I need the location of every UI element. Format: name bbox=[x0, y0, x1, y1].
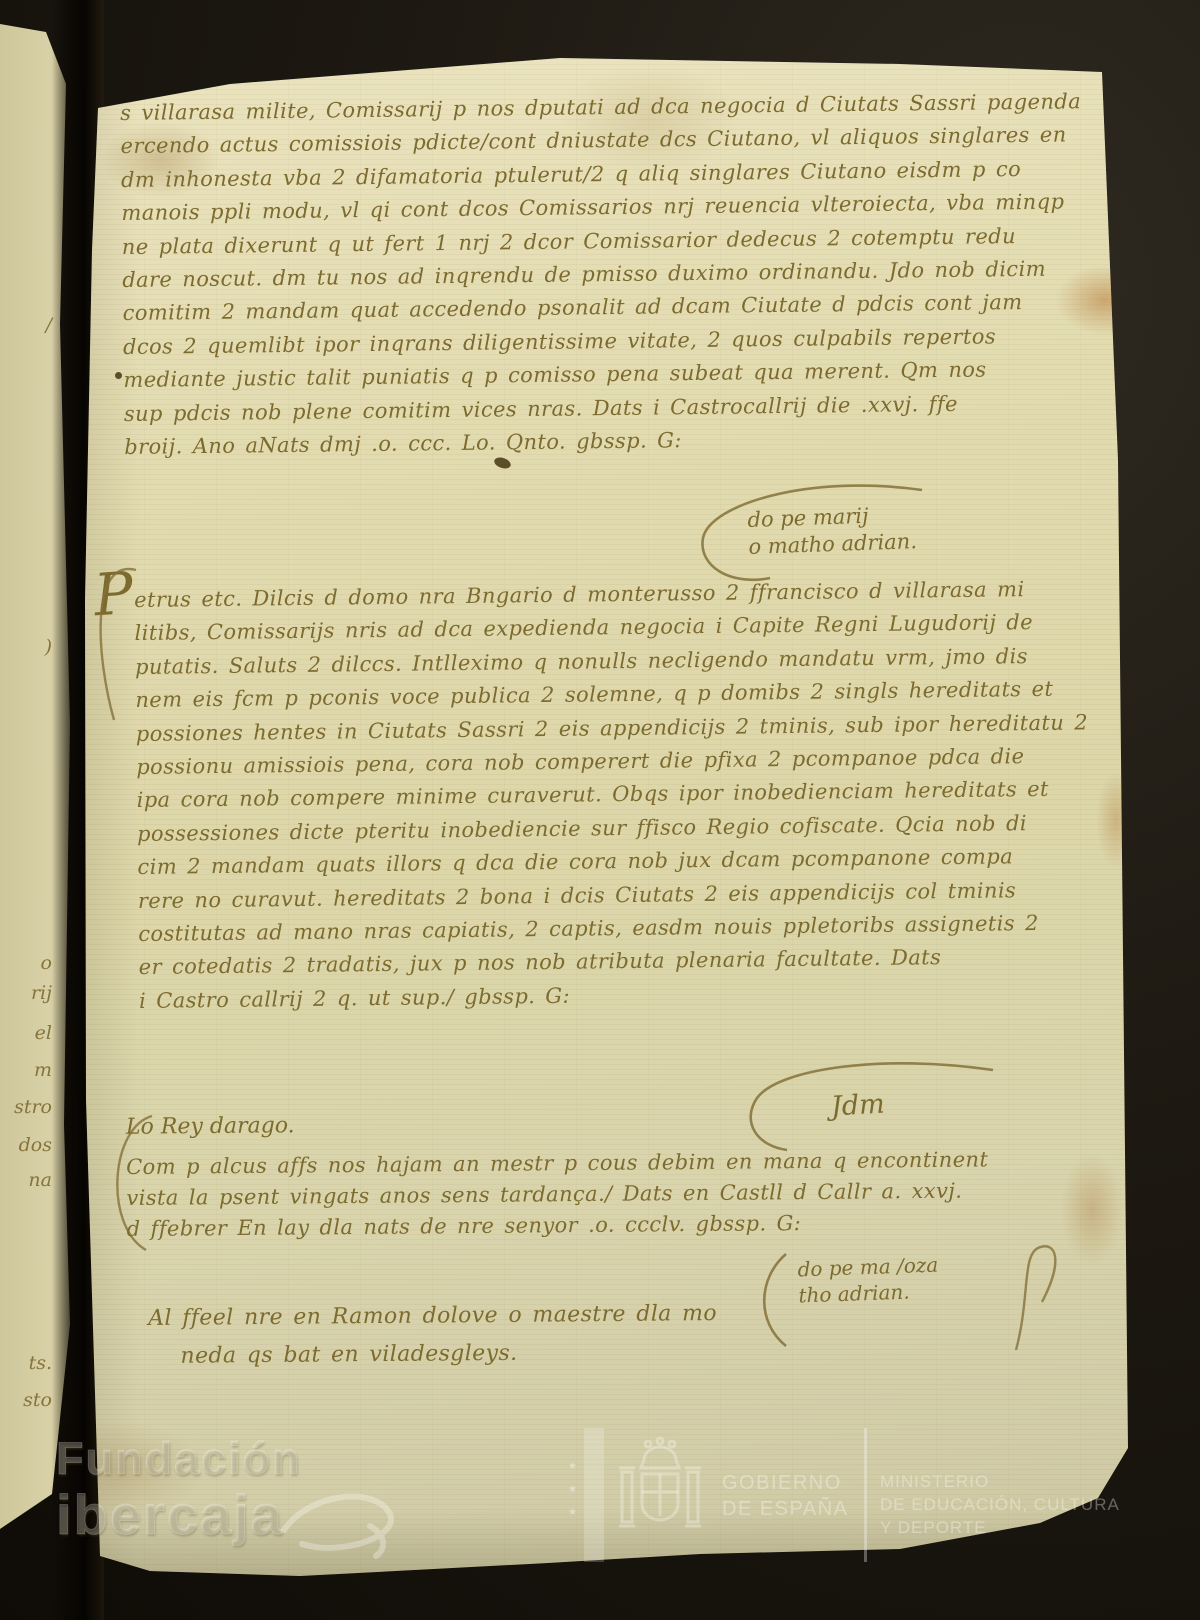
folio-number: cviij bbox=[1028, 40, 1079, 65]
manuscript-line: Al ffeel nre en Ramon dolove o maestre d… bbox=[148, 1295, 717, 1338]
text-fragment: ) bbox=[0, 636, 52, 658]
text-fragment: rij bbox=[0, 982, 52, 1004]
flag-stars-icon: ★★★ bbox=[568, 1462, 577, 1518]
paragraph-catalan-summons: Com p alcus affs nos hajam an mestr p co… bbox=[126, 1144, 989, 1245]
ministerio-line: MINISTERIO bbox=[880, 1470, 1120, 1493]
ibercaja-watermark-line2: ibercaja bbox=[56, 1487, 301, 1543]
letter-heading: Lo Rey darago. bbox=[126, 1113, 295, 1139]
paragraph-latin-commission: s villarasa milite, Comissarij p nos dpu… bbox=[120, 85, 1085, 464]
text-fragment: stro bbox=[0, 1096, 52, 1118]
chancery-note-text: Jdm bbox=[830, 1089, 885, 1123]
star-icon: ★ bbox=[568, 1485, 577, 1495]
text-fragment: m bbox=[0, 1059, 52, 1081]
ministerio-line: DE EDUCACIÓN, CULTURA bbox=[880, 1493, 1120, 1516]
ink-dot bbox=[115, 372, 122, 379]
star-icon: ★ bbox=[568, 1462, 577, 1472]
manuscript-photo: /)orijelmstrodosnats.sto cviij s villara… bbox=[0, 0, 1200, 1620]
ibercaja-watermark: Fundación ibercaja bbox=[56, 1436, 301, 1543]
chancery-note-text: do pe ma /ozatho adrian. bbox=[797, 1252, 939, 1309]
text-fragment: dos bbox=[0, 1134, 52, 1156]
manuscript-page: cviij s villarasa milite, Comissarij p n… bbox=[0, 0, 1200, 1620]
ibercaja-logo-icon bbox=[272, 1482, 402, 1572]
chancery-note-3: do pe ma /ozatho adrian. bbox=[742, 1238, 1082, 1358]
chancery-note-line: do pe ma /oza bbox=[797, 1252, 939, 1283]
text-fragment: el bbox=[0, 1022, 52, 1044]
ministerio-text: MINISTERIODE EDUCACIÓN, CULTURAY DEPORTE bbox=[880, 1470, 1120, 1539]
text-fragment: sto bbox=[0, 1389, 52, 1411]
chancery-note-line: tho adrian. bbox=[798, 1278, 940, 1309]
gobierno-line2: DE ESPAÑA bbox=[722, 1496, 849, 1522]
text-fragment: ts. bbox=[0, 1352, 52, 1374]
manuscript-line: neda qs bat en viladesgleys. bbox=[180, 1333, 717, 1376]
text-fragment: / bbox=[0, 314, 52, 336]
flag-bar-icon bbox=[584, 1428, 604, 1562]
chancery-note-1: do pe marijo matho adrian. bbox=[690, 480, 940, 590]
gobierno-text: GOBIERNO DE ESPAÑA bbox=[722, 1470, 849, 1522]
address-lines: Al ffeel nre en Ramon dolove o maestre d… bbox=[148, 1295, 718, 1376]
gobierno-line1: GOBIERNO bbox=[722, 1470, 849, 1496]
text-fragment: o bbox=[0, 952, 52, 974]
paragraph-latin-order: etrus etc. Dilcis d domo nra Bngario d m… bbox=[134, 572, 1092, 1018]
government-watermark: ★★★ GOBIERNO DE ESPAÑA MINISTERIODE EDUC… bbox=[560, 1424, 1180, 1604]
watermark-divider bbox=[864, 1428, 867, 1562]
ministerio-line: Y DEPORTE bbox=[880, 1516, 1120, 1539]
star-icon: ★ bbox=[568, 1508, 577, 1518]
chancery-note-2: Jdm bbox=[735, 1052, 1005, 1152]
ibercaja-watermark-line1: Fundación bbox=[56, 1436, 301, 1481]
chancery-note-text: do pe marijo matho adrian. bbox=[747, 501, 917, 561]
text-fragment: na bbox=[0, 1169, 52, 1191]
spain-coat-of-arms-icon bbox=[612, 1436, 708, 1552]
